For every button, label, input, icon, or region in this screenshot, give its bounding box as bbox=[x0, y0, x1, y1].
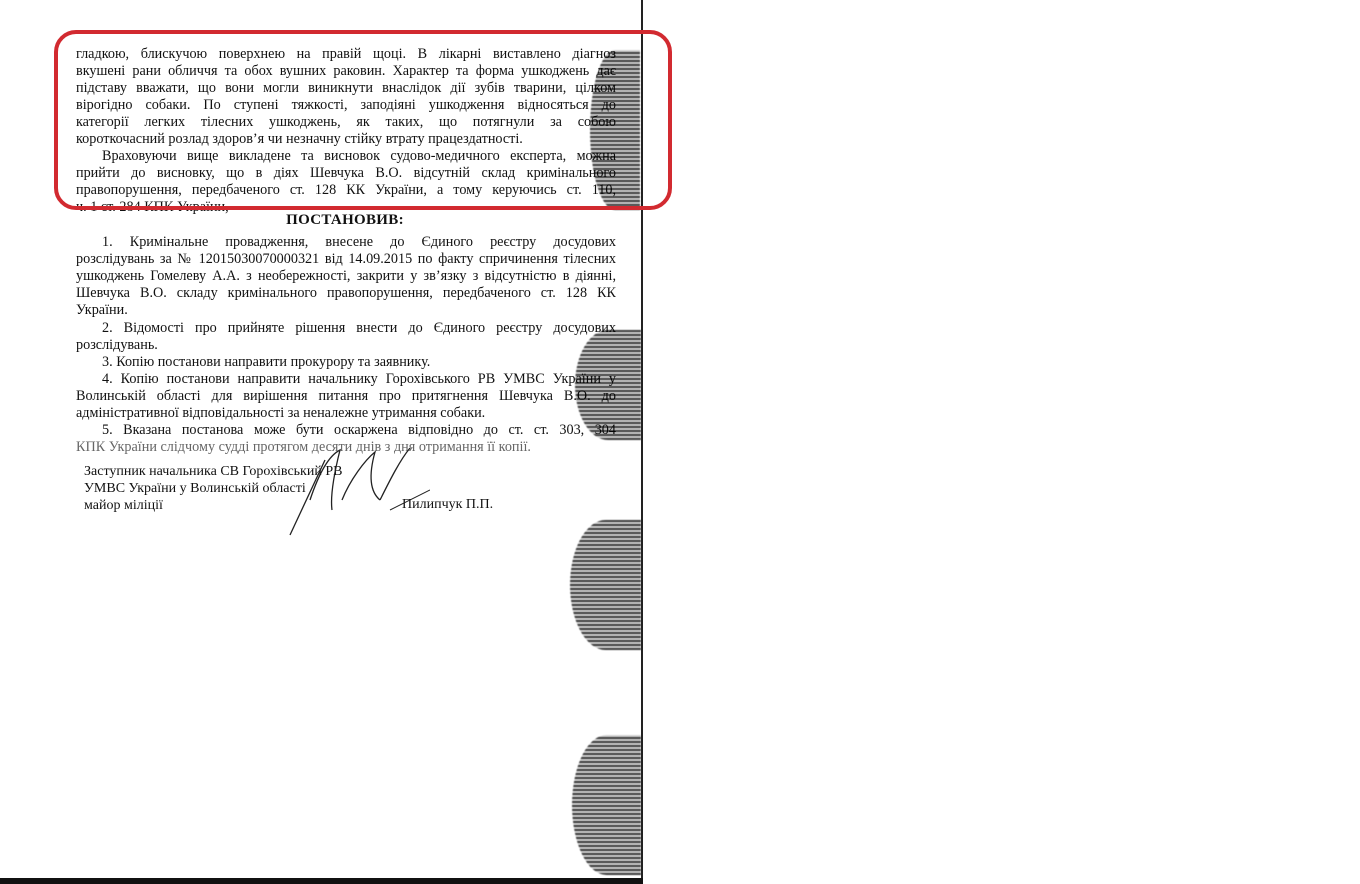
text-line: України. bbox=[76, 302, 616, 319]
text-line: ушкоджень Гомелеву А.А. з необережності,… bbox=[76, 268, 616, 285]
scan-artifact bbox=[590, 50, 640, 210]
text-line: 3. Копію постанови направити прокурору т… bbox=[102, 354, 616, 371]
text-line: правопорушення, передбаченого ст. 128 КК… bbox=[76, 182, 616, 199]
text-line: вкушені рани обличчя та обох вушних рако… bbox=[76, 63, 616, 80]
text-line: 5. Вказана постанова може бути оскаржена… bbox=[102, 422, 616, 439]
text-line: прийти до висновку, що в діях Шевчука В.… bbox=[76, 165, 616, 182]
text-line: вірогідно собаки. По ступені тяжкості, з… bbox=[76, 97, 616, 114]
text-line: 1. Кримінальне провадження, внесене до Є… bbox=[102, 234, 616, 251]
text-line: адміністративної відповідальності за нен… bbox=[76, 405, 616, 422]
scan-artifact bbox=[572, 735, 641, 875]
text-line: 4. Копію постанови направити начальнику … bbox=[102, 371, 616, 388]
signatory-title-line: УМВС України у Волинській області bbox=[84, 480, 306, 497]
text-line: 2. Відомості про прийняте рішення внести… bbox=[102, 320, 616, 337]
decision-heading: ПОСТАНОВИВ: bbox=[0, 212, 690, 229]
text-line: розслідувань. bbox=[76, 337, 616, 354]
page-bottom-edge bbox=[0, 878, 643, 884]
page-edge bbox=[641, 0, 643, 878]
text-line: короткочасний розлад здоров’я чи незначн… bbox=[76, 131, 616, 148]
text-line: підставу вважати, що вони могли виникнут… bbox=[76, 80, 616, 97]
text-line: Враховуючи вище викладене та висновок су… bbox=[102, 148, 616, 165]
text-line: категорії легких тілесних ушкоджень, як … bbox=[76, 114, 616, 131]
signatory-title-line: майор міліції bbox=[84, 497, 163, 514]
scanned-document-page: гладкою, блискучою поверхнею на правій щ… bbox=[0, 0, 642, 884]
scan-artifact bbox=[570, 520, 641, 650]
text-line: розслідувань за № 12015030070000321 від … bbox=[76, 251, 616, 268]
text-line: Шевчука В.О. складу кримінального правоп… bbox=[76, 285, 616, 302]
scan-artifact bbox=[575, 330, 641, 440]
handwritten-signature bbox=[280, 440, 430, 540]
text-line: гладкою, блискучою поверхнею на правій щ… bbox=[76, 46, 616, 63]
text-line: Волинській області для вирішення питання… bbox=[76, 388, 616, 405]
